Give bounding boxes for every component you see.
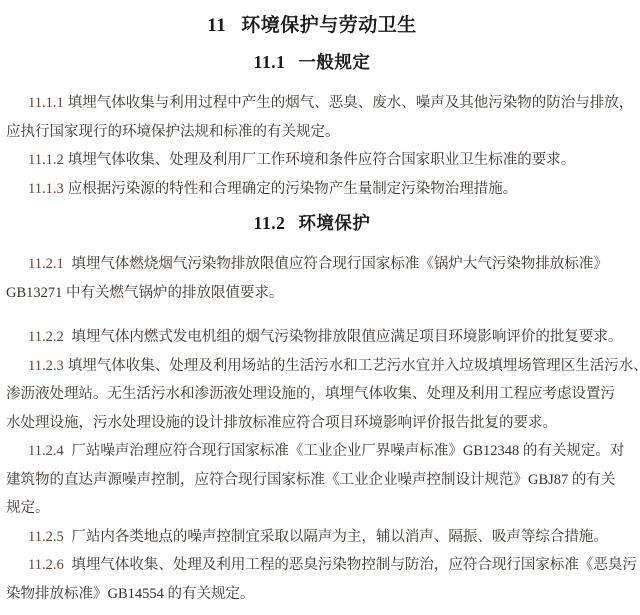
section-title: 一般规定	[298, 52, 370, 72]
clause-number: 11.2.6	[28, 557, 67, 573]
section-heading: 11.2环境保护	[6, 211, 618, 236]
clause-text: 填埋气体内燃式发电机组的烟气污染物排放限值应满足项目环境影响评价的批复要求。	[71, 329, 622, 345]
clause-paragraph: 11.2.2 填埋气体内燃式发电机组的烟气污染物排放限值应满足项目环境影响评价的…	[6, 323, 618, 352]
clause-text: 填埋气体燃烧烟气污染物排放限值应符合现行国家标准《锅炉大气污染物排放标准》	[71, 256, 608, 272]
clause-text: 填埋气体收集、处理及利用厂工作环境和条件应符合国家职业卫生标准的要求。	[68, 152, 576, 168]
clause-line: 11.1.3应根据污染源的特性和合理确定的污染物产生量制定污染物治理措施。	[6, 175, 618, 204]
clause-line: 11.2.6 填埋气体收集、处理及利用工程的恶臭污染物控制与防治，应符合现行国家…	[6, 551, 618, 580]
clause-text: 厂站噪声治理应符合现行国家标准《工业企业厂界噪声标准》GB12348 的有关规定…	[71, 443, 624, 459]
clause-number: 11.2.5	[28, 529, 67, 545]
clause-text: 厂站内各类地点的噪声控制宜采取以隔声为主，辅以消声、隔振、吸声等综合措施。	[71, 529, 608, 545]
clause-paragraph: 11.2.1 填埋气体燃烧烟气污染物排放限值应符合现行国家标准《锅炉大气污染物排…	[6, 250, 618, 307]
clause-line: 11.2.2 填埋气体内燃式发电机组的烟气污染物排放限值应满足项目环境影响评价的…	[6, 323, 618, 352]
clause-number: 11.2.3	[28, 358, 64, 374]
section-title: 环境保护	[298, 213, 370, 233]
clause-number: 11.2.2	[28, 329, 67, 345]
clause-line: 染物排放标准》GB14554 的有关规定。	[6, 580, 618, 609]
clause-line: 渗沥液处理站。无生活污水和渗沥液处理设施的，填埋气体收集、处理及利用工程应考虑设…	[6, 380, 618, 409]
clause-line: 规定。	[6, 494, 618, 523]
clause-text: 水处理设施，污水处理设施的设计排放标准应符合项目环境影响评价报告批复的要求。	[6, 415, 557, 431]
clause-text: 建筑物的直达声源噪声控制，应符合现行国家标准《工业企业噪声控制设计规范》GBJ8…	[6, 472, 615, 488]
clause-text: GB13271 中有关燃气锅炉的排放限值要求。	[6, 285, 284, 301]
clause-line: 11.1.1填埋气体收集与利用过程中产生的烟气、恶臭、废水、噪声及其他污染物的防…	[6, 89, 618, 118]
clause-line: 应执行国家现行的环境保护法规和标准的有关规定。	[6, 118, 618, 147]
chapter-number: 11	[207, 15, 226, 36]
clause-number: 11.2.4	[28, 443, 67, 459]
clause-paragraph: 11.1.1填埋气体收集与利用过程中产生的烟气、恶臭、废水、噪声及其他污染物的防…	[6, 89, 618, 146]
clause-number: 11.2.1	[28, 256, 67, 272]
clause-text: 填埋气体收集、处理及利用工程的恶臭污染物控制与防治，应符合现行国家标准《恶臭污	[71, 557, 637, 573]
clause-text: 应根据污染源的特性和合理确定的污染物产生量制定污染物治理措施。	[68, 181, 518, 197]
clause-paragraph: 11.1.2填埋气体收集、处理及利用厂工作环境和条件应符合国家职业卫生标准的要求…	[6, 146, 618, 175]
clause-text: 填埋气体收集、处理及利用场站的生活污水和工艺污水宜并入垃圾填埋场管理区生活污水、	[68, 358, 640, 374]
clause-text: 应执行国家现行的环境保护法规和标准的有关规定。	[6, 124, 340, 140]
clause-line: 11.2.5 厂站内各类地点的噪声控制宜采取以隔声为主，辅以消声、隔振、吸声等综…	[6, 523, 618, 552]
chapter-heading: 11环境保护与劳动卫生	[6, 13, 618, 39]
document-body: 11.1一般规定11.1.1填埋气体收集与利用过程中产生的烟气、恶臭、废水、噪声…	[6, 50, 618, 608]
clause-paragraph: 11.2.5 厂站内各类地点的噪声控制宜采取以隔声为主，辅以消声、隔振、吸声等综…	[6, 523, 618, 552]
document-page: 11环境保护与劳动卫生 11.1一般规定11.1.1填埋气体收集与利用过程中产生…	[0, 0, 640, 615]
clause-number: 11.1.1	[28, 95, 64, 111]
section-number: 11.2	[254, 213, 286, 233]
clause-text: 渗沥液处理站。无生活污水和渗沥液处理设施的，填埋气体收集、处理及利用工程应考虑设…	[6, 386, 615, 402]
section-heading: 11.1一般规定	[6, 50, 618, 75]
clause-text: 染物排放标准》GB14554 的有关规定。	[6, 586, 255, 602]
clause-paragraph: 11.2.3填埋气体收集、处理及利用场站的生活污水和工艺污水宜并入垃圾填埋场管理…	[6, 352, 618, 438]
clause-number: 11.1.3	[28, 181, 64, 197]
clause-paragraph: 11.2.4 厂站噪声治理应符合现行国家标准《工业企业厂界噪声标准》GB1234…	[6, 437, 618, 523]
clause-line: 11.2.4 厂站噪声治理应符合现行国家标准《工业企业厂界噪声标准》GB1234…	[6, 437, 618, 466]
clause-line: 建筑物的直达声源噪声控制，应符合现行国家标准《工业企业噪声控制设计规范》GBJ8…	[6, 466, 618, 495]
clause-line: 11.1.2填埋气体收集、处理及利用厂工作环境和条件应符合国家职业卫生标准的要求…	[6, 146, 618, 175]
clause-paragraph: 11.2.6 填埋气体收集、处理及利用工程的恶臭污染物控制与防治，应符合现行国家…	[6, 551, 618, 608]
chapter-title: 环境保护与劳动卫生	[241, 15, 417, 36]
clause-paragraph: 11.1.3应根据污染源的特性和合理确定的污染物产生量制定污染物治理措施。	[6, 175, 618, 204]
clause-line: 11.2.3填埋气体收集、处理及利用场站的生活污水和工艺污水宜并入垃圾填埋场管理…	[6, 352, 618, 381]
clause-line: GB13271 中有关燃气锅炉的排放限值要求。	[6, 279, 618, 308]
clause-number: 11.1.2	[28, 152, 64, 168]
section-number: 11.1	[254, 52, 286, 72]
clause-line: 11.2.1 填埋气体燃烧烟气污染物排放限值应符合现行国家标准《锅炉大气污染物排…	[6, 250, 618, 279]
clause-line: 水处理设施，污水处理设施的设计排放标准应符合项目环境影响评价报告批复的要求。	[6, 409, 618, 438]
clause-text: 规定。	[6, 500, 50, 516]
clause-text: 填埋气体收集与利用过程中产生的烟气、恶臭、废水、噪声及其他污染物的防治与排放，	[68, 95, 634, 111]
